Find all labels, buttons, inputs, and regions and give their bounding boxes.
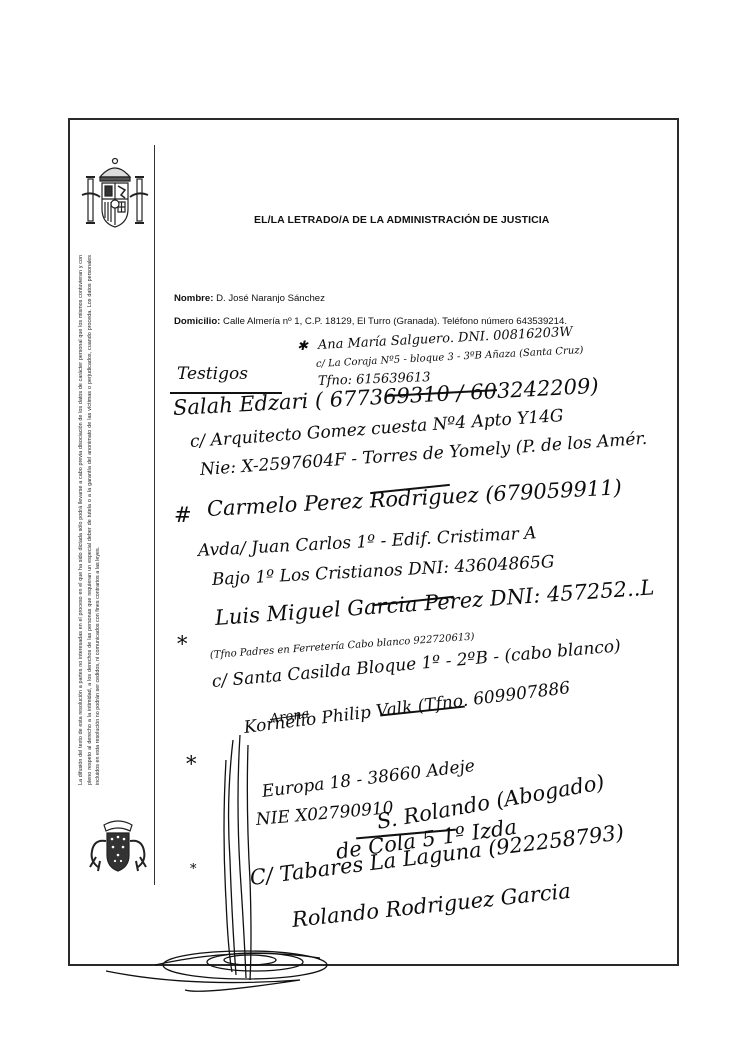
witness-marker: * bbox=[190, 862, 197, 877]
witness-marker: * bbox=[186, 752, 197, 776]
witness-marker: ✱ bbox=[297, 339, 308, 354]
legal-notice: La difusión del texto de esta resolución… bbox=[77, 255, 103, 785]
witness-marker: # bbox=[174, 503, 192, 527]
nombre-value: D. José Naranjo Sánchez bbox=[216, 293, 325, 304]
domicilio-label: Domicilio: bbox=[174, 316, 220, 327]
witness-marker: * bbox=[177, 632, 188, 656]
canarias-coat-of-arms-icon bbox=[82, 815, 154, 877]
nombre-label: Nombre: bbox=[174, 293, 213, 304]
nombre-field: Nombre: D. José Naranjo Sánchez bbox=[174, 293, 325, 304]
spain-coat-of-arms-icon bbox=[78, 155, 152, 233]
domicilio-field: Domicilio: Calle Almería nº 1, C.P. 1812… bbox=[174, 316, 567, 327]
page-heading: EL/LA LETRADO/A DE LA ADMINISTRACIÓN DE … bbox=[254, 214, 550, 226]
domicilio-value: Calle Almería nº 1, C.P. 18129, El Turro… bbox=[223, 316, 567, 327]
margin-rule bbox=[154, 145, 155, 885]
testigos-heading: Testigos bbox=[177, 364, 248, 384]
